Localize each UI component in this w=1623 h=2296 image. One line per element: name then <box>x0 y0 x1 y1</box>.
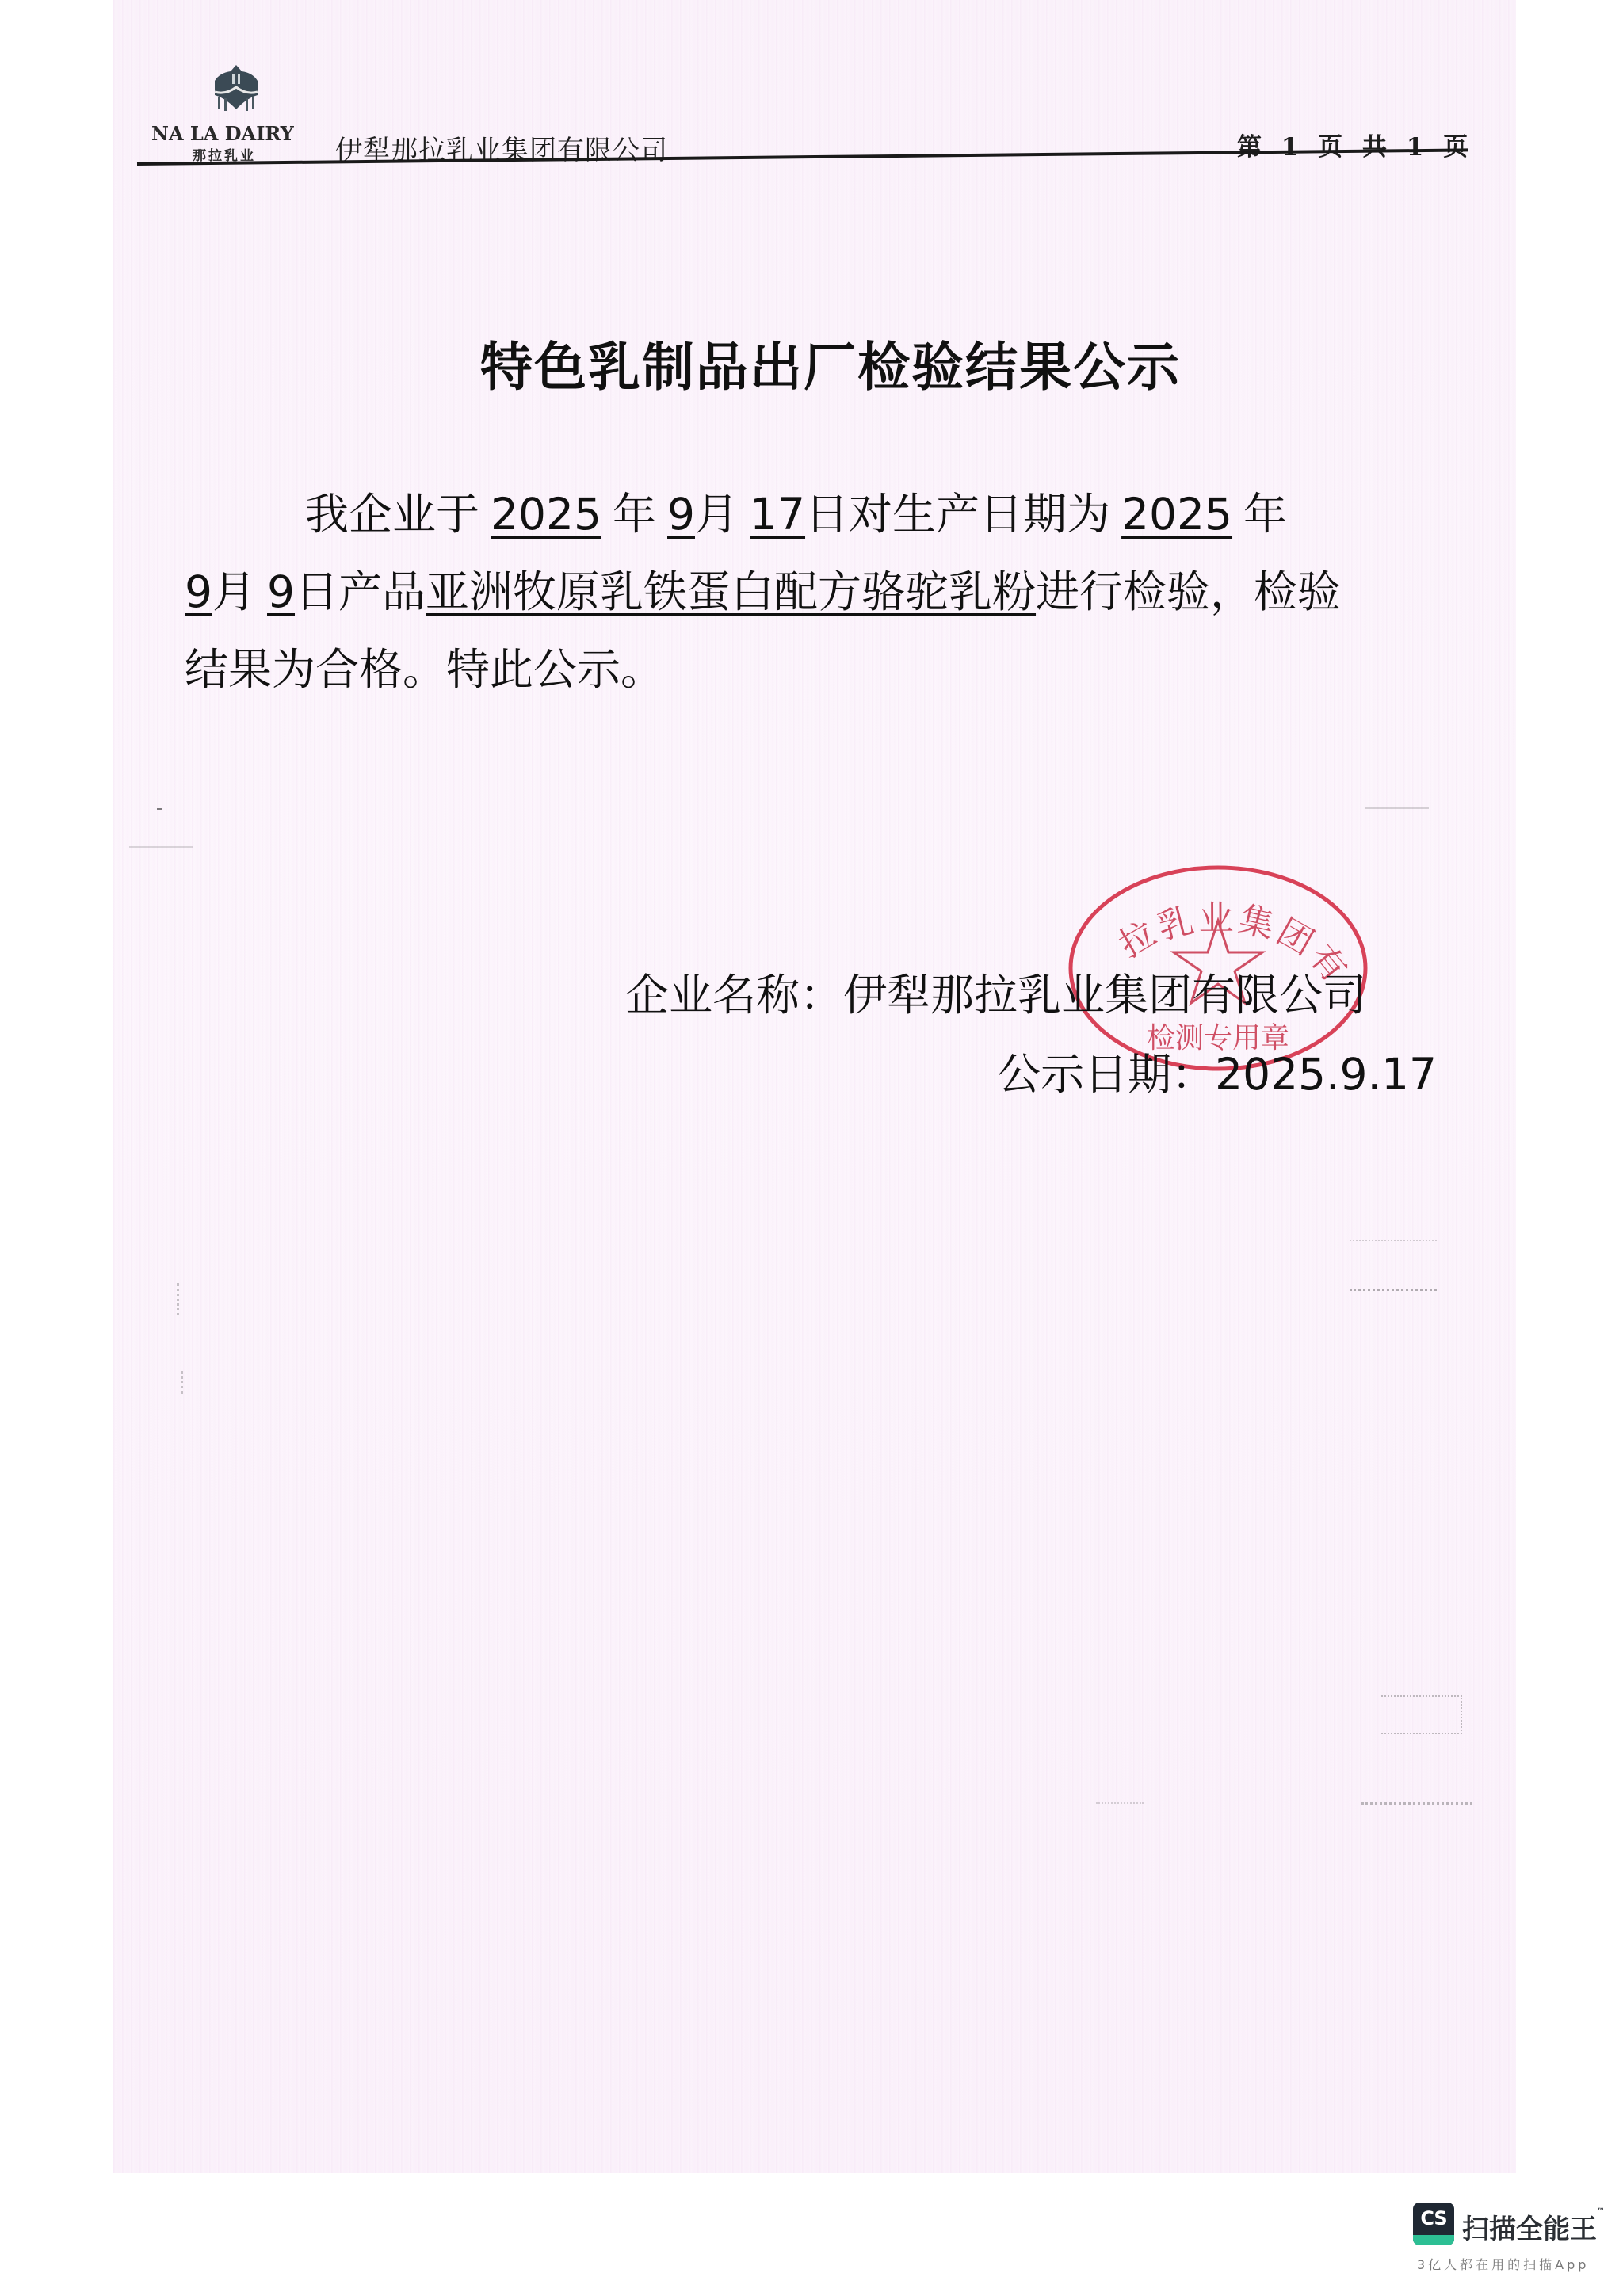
company-label: 企业名称： <box>625 970 843 1020</box>
line2-suffix: 进行检验，检验 <box>1036 566 1341 617</box>
body-line-3: 结果为合格。特此公示。 <box>185 648 664 692</box>
line1-mid: 日对生产日期为 <box>805 489 1110 540</box>
scanner-slogan: 3亿人都在用的扫描App <box>1417 2255 1589 2273</box>
logo-brand-en: NA LA DAIRY <box>151 122 326 145</box>
body-line-2: 9月9日产品亚洲牧原乳铁蛋白配方骆驼乳粉进行检验，检验 <box>185 570 1341 614</box>
inspection-day: 17 <box>750 489 805 540</box>
cs-icon-accent <box>1413 2235 1454 2245</box>
production-year: 2025 <box>1121 489 1232 540</box>
month-char: 月 <box>212 566 256 617</box>
year-char: 年 <box>613 489 656 540</box>
date-label: 公示日期： <box>997 1049 1215 1100</box>
scanner-watermark: CS 扫描全能王™ 3亿人都在用的扫描App <box>1413 2203 1623 2282</box>
company-name: 伊犁那拉乳业集团有限公司 <box>843 970 1366 1020</box>
document-page: NA LA DAIRY 那拉乳业 伊犁那拉乳业集团有限公司 第 1 页 共 1 … <box>113 0 1516 2173</box>
body-line-1: 我企业于2025年9月17日对生产日期为2025年 <box>305 493 1287 536</box>
page-title: 特色乳制品出厂检验结果公示 <box>113 325 1516 400</box>
production-month: 9 <box>185 566 212 617</box>
production-day: 9 <box>267 566 295 617</box>
line2-mid: 日产品 <box>295 566 426 617</box>
inspection-month: 9 <box>667 489 695 540</box>
scanner-app-name: 扫描全能王™ <box>1462 2207 1605 2246</box>
camscanner-logo-icon: CS <box>1413 2203 1454 2245</box>
signature-date: 公示日期：2025.9.17 <box>997 1039 1437 1102</box>
year-char-2: 年 <box>1243 489 1287 540</box>
signature-company: 企业名称：伊犁那拉乳业集团有限公司 <box>625 960 1366 1023</box>
inspection-year: 2025 <box>491 489 601 540</box>
cs-icon-label: CS <box>1413 2207 1454 2229</box>
company-logo: NA LA DAIRY 那拉乳业 <box>151 63 318 158</box>
line1-prefix: 我企业于 <box>305 489 479 540</box>
page-indicator: 第 1 页 共 1 页 <box>1237 127 1471 162</box>
product-name: 亚洲牧原乳铁蛋白配方骆驼乳粉 <box>426 566 1036 617</box>
nala-dairy-logo-icon <box>200 63 272 119</box>
date-value: 2025.9.17 <box>1215 1049 1437 1100</box>
month-char: 月 <box>695 489 739 540</box>
